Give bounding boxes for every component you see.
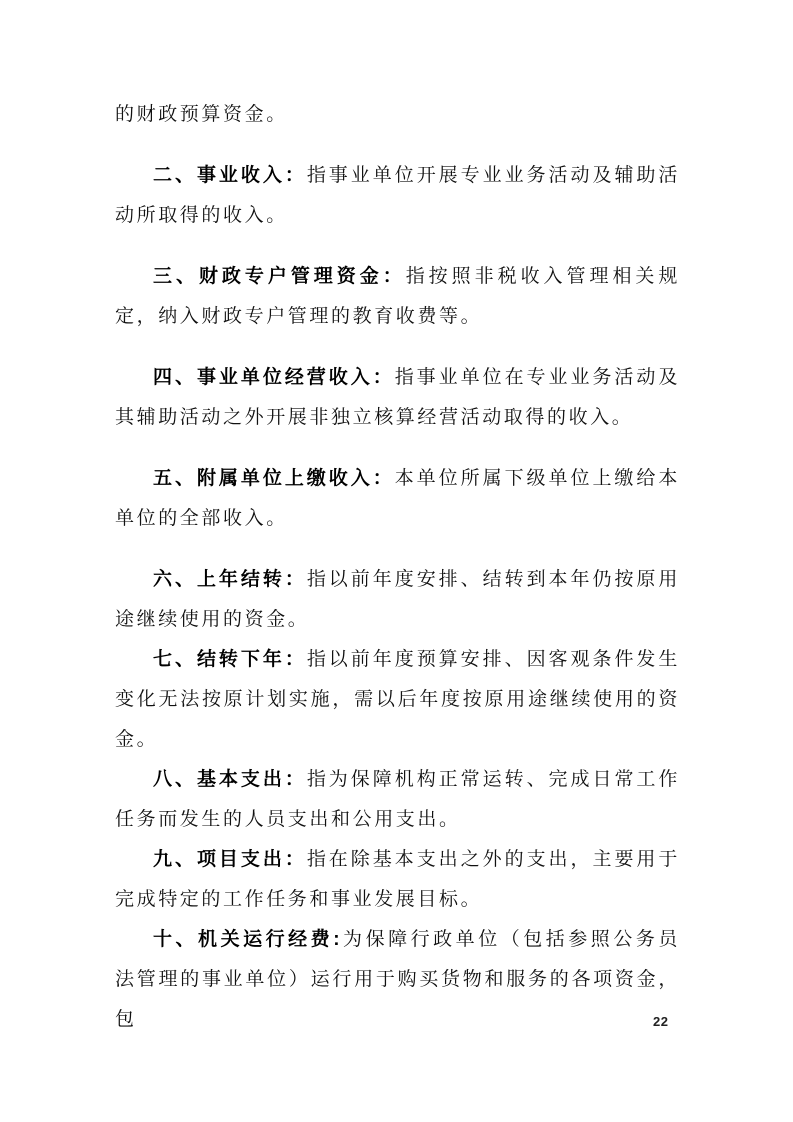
document-page: 的财政预算资金。 二、事业收入：指事业单位开展专业业务活动及辅助活动所取得的收入… [0,0,793,1122]
paragraph-term-10: 十、机关运行经费:为保障行政单位（包括参照公务员法管理的事业单位）运行用于购买货… [115,920,680,1040]
paragraph-term-5: 五、附属单位上缴收入：本单位所属下级单位上缴给本单位的全部收入。 [115,459,680,539]
term-lead: 九、项目支出： [153,849,307,870]
paragraph-term-3: 三、财政专户管理资金：指按照非税收入管理相关规定，纳入财政专户管理的教育收费等。 [115,257,680,337]
term-lead: 八、基本支出： [153,769,307,790]
term-lead: 十、机关运行经费: [153,929,342,950]
paragraph-continuation: 的财政预算资金。 [115,95,680,135]
paragraph-term-2: 二、事业收入：指事业单位开展专业业务活动及辅助活动所取得的收入。 [115,156,680,236]
paragraph-text: 的财政预算资金。 [115,104,288,125]
term-lead: 四、事业单位经营收入： [153,367,395,388]
term-lead: 二、事业收入： [153,165,307,186]
term-lead: 三、财政专户管理资金： [153,266,406,287]
paragraph-term-4: 四、事业单位经营收入：指事业单位在专业业务活动及其辅助活动之外开展非独立核算经营… [115,358,680,438]
paragraph-term-9: 九、项目支出：指在除基本支出之外的支出，主要用于完成特定的工作任务和事业发展目标… [115,840,680,920]
term-lead: 六、上年结转： [153,569,307,590]
page-number: 22 [653,1014,668,1029]
paragraph-term-8: 八、基本支出：指为保障机构正常运转、完成日常工作任务而发生的人员支出和公用支出。 [115,760,680,840]
paragraph-term-6: 六、上年结转：指以前年度安排、结转到本年仍按原用途继续使用的资金。 [115,560,680,640]
term-lead: 七、结转下年： [153,649,307,670]
term-lead: 五、附属单位上缴收入： [153,468,395,489]
paragraph-term-7: 七、结转下年：指以前年度预算安排、因客观条件发生变化无法按原计划实施，需以后年度… [115,640,680,760]
